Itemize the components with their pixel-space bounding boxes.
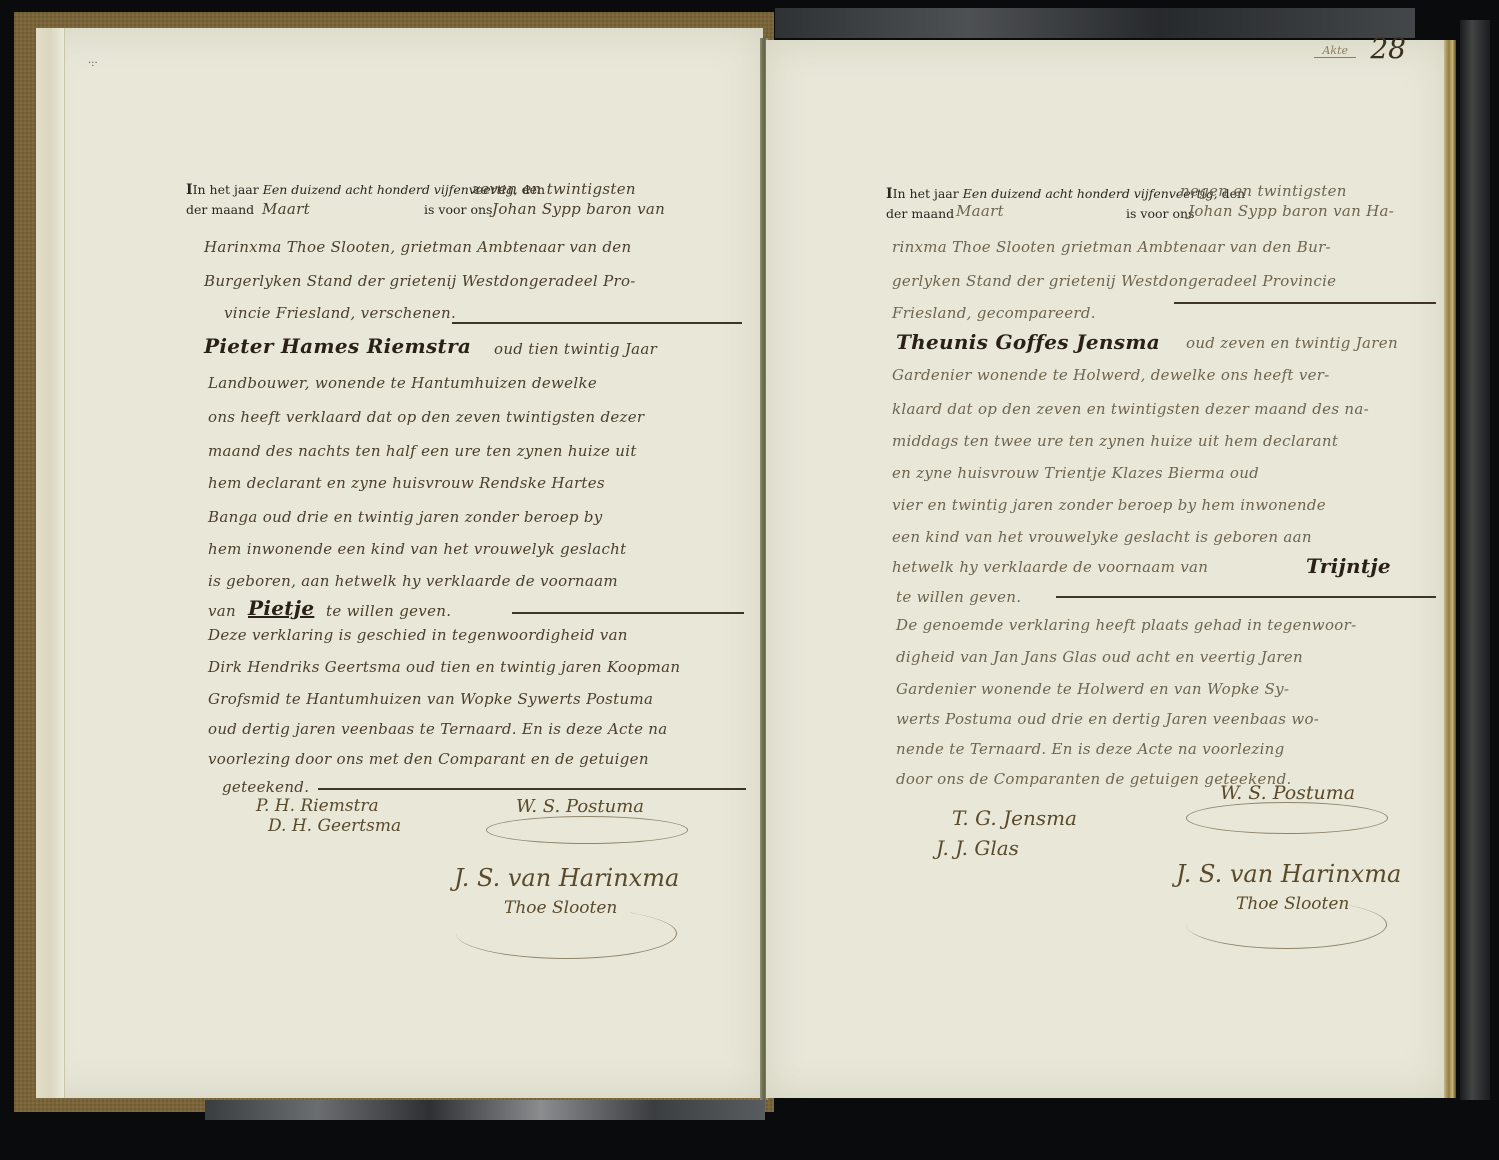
left-rule-3 (318, 788, 746, 790)
left-line-1: Harinxma Thoe Slooten, grietman Ambtenaa… (204, 238, 631, 256)
printed-prefix: In het jaar (893, 186, 959, 201)
left-signature-0: P. H. Riemstra (256, 796, 379, 816)
right-line-3: Friesland, gecompareerd. (892, 304, 1096, 322)
right-printed-voor-ons: is voor ons (1126, 206, 1194, 221)
left-handwritten-day: zeven en twintigsten (472, 180, 636, 198)
right-signature-flourish-2 (1186, 900, 1387, 949)
right-witness-line-1: digheid van Jan Jans Glas oud acht en ve… (896, 648, 1303, 666)
right-rule-2 (1056, 596, 1436, 598)
right-body-line-2: middags ten twee ure ten zynen huize uit… (892, 432, 1338, 450)
left-child-suffix: te willen geven. (326, 602, 451, 620)
left-witness-line-0: Deze verklaring is geschied in tegenwoor… (208, 626, 628, 644)
right-signature-0: T. G. Jensma (952, 806, 1077, 830)
left-declarant-name: Pieter Hames Riemstra (204, 334, 471, 358)
right-printed-line-2: der maand (886, 206, 954, 221)
folio-prefix: Akte (1314, 44, 1356, 58)
right-declarant-name: Theunis Goffes Jensma (896, 330, 1160, 354)
right-page: Akte 28 IIn het jaar Een duizend acht ho… (766, 40, 1446, 1098)
left-body-line-6: is geboren, aan hetwelk hy verklaarde de… (208, 572, 618, 590)
left-body-line-7: van (208, 602, 236, 620)
left-printed-voor-ons: is voor ons (424, 202, 492, 217)
page-mark: ·:· (88, 58, 98, 69)
right-child-name: Trijntje (1306, 554, 1391, 578)
left-signature-flourish (486, 816, 688, 844)
left-signature-3: J. S. van Harinxma (454, 864, 679, 892)
right-signature-flourish (1186, 802, 1388, 834)
right-witness-line-0: De genoemde verklaring heeft plaats geha… (896, 616, 1356, 634)
left-body-line-5: hem inwonende een kind van het vrouwelyk… (208, 540, 626, 558)
right-body-line-6: hetwelk hy verklaarde de voornaam van (892, 558, 1208, 576)
left-body-line-1: ons heeft verklaard dat op den zeven twi… (208, 408, 644, 426)
right-handwritten-month: Maart (956, 202, 1004, 220)
left-signature-2: W. S. Postuma (516, 796, 644, 817)
left-witness-line-4: voorlezing door ons met den Comparant en… (208, 750, 649, 768)
book-cover-marbled-top (775, 8, 1415, 38)
left-signature-flourish-2 (456, 908, 677, 959)
book-cover-marbled-bottom (205, 1100, 765, 1120)
right-body-line-5: een kind van het vrouwelyke geslacht is … (892, 528, 1312, 546)
printed-der-maand: der maand (186, 202, 254, 217)
right-witness-line-2: Gardenier wonende te Holwerd en van Wopk… (896, 680, 1289, 698)
right-body-line-3: en zyne huisvrouw Trientje Klazes Bierma… (892, 464, 1259, 482)
left-body-line-4: Banga oud drie en twintig jaren zonder b… (208, 508, 603, 526)
right-line-0: Johan Sypp baron van Ha- (1188, 202, 1394, 220)
left-handwritten-month: Maart (262, 200, 310, 218)
right-child-suffix: te willen geven. (896, 588, 1021, 606)
left-line-2: Burgerlyken Stand der grietenij Westdong… (204, 272, 636, 290)
left-witness-line-5: geteekend. (222, 778, 309, 796)
right-body-line-0: Gardenier wonende te Holwerd, dewelke on… (892, 366, 1330, 384)
right-line-2: gerlyken Stand der grietenij Westdongera… (892, 272, 1336, 290)
folio-number: 28 (1370, 32, 1406, 65)
left-witness-line-1: Dirk Hendriks Geertsma oud tien en twint… (208, 658, 680, 676)
right-signature-2: W. S. Postuma (1220, 782, 1355, 804)
right-page-edge (1444, 40, 1456, 1098)
right-body-line-1: klaard dat op den zeven en twintigsten d… (892, 400, 1369, 418)
left-body-line-0: Landbouwer, wonende te Hantumhuizen dewe… (208, 374, 597, 392)
right-signature-3: J. S. van Harinxma (1176, 860, 1401, 888)
left-printed-line-2: der maand (186, 202, 254, 217)
right-rule-1 (1174, 302, 1436, 304)
right-body-line-4: vier en twintig jaren zonder beroep by h… (892, 496, 1326, 514)
left-child-name: Pietje (248, 596, 314, 620)
left-witness-line-2: Grofsmid te Hantumhuizen van Wopke Sywer… (208, 690, 653, 708)
left-page: ·:· IIn het jaar Een duizend acht honder… (36, 28, 763, 1098)
left-signature-1: D. H. Geertsma (268, 816, 401, 836)
book-cover-right-edge (1460, 20, 1490, 1100)
left-rule-1 (452, 322, 742, 324)
right-line-1: rinxma Thoe Slooten grietman Ambtenaar v… (892, 238, 1331, 256)
left-body-line-3: hem declarant en zyne huisvrouw Rendske … (208, 474, 605, 492)
left-rule-2 (512, 612, 744, 614)
left-line-0: Johan Sypp baron van (492, 200, 665, 218)
right-witness-line-3: werts Postuma oud drie en dertig Jaren v… (896, 710, 1319, 728)
right-witness-line-4: nende te Ternaard. En is deze Acte na vo… (896, 740, 1285, 758)
printed-der-maand: der maand (886, 206, 954, 221)
right-handwritten-day: negen en twintigsten (1180, 182, 1347, 200)
left-line-3: vincie Friesland, verschenen. (224, 304, 456, 322)
right-declarant-rest: oud zeven en twintig Jaren (1186, 334, 1398, 352)
left-body-line-2: maand des nachts ten half een ure ten zy… (208, 442, 637, 460)
right-signature-1: J. J. Glas (936, 836, 1019, 860)
printed-prefix: In het jaar (193, 182, 259, 197)
left-declarant-rest: oud tien twintig Jaar (494, 340, 657, 358)
left-page-edge (36, 28, 65, 1098)
left-witness-line-3: oud dertig jaren veenbaas te Ternaard. E… (208, 720, 668, 738)
